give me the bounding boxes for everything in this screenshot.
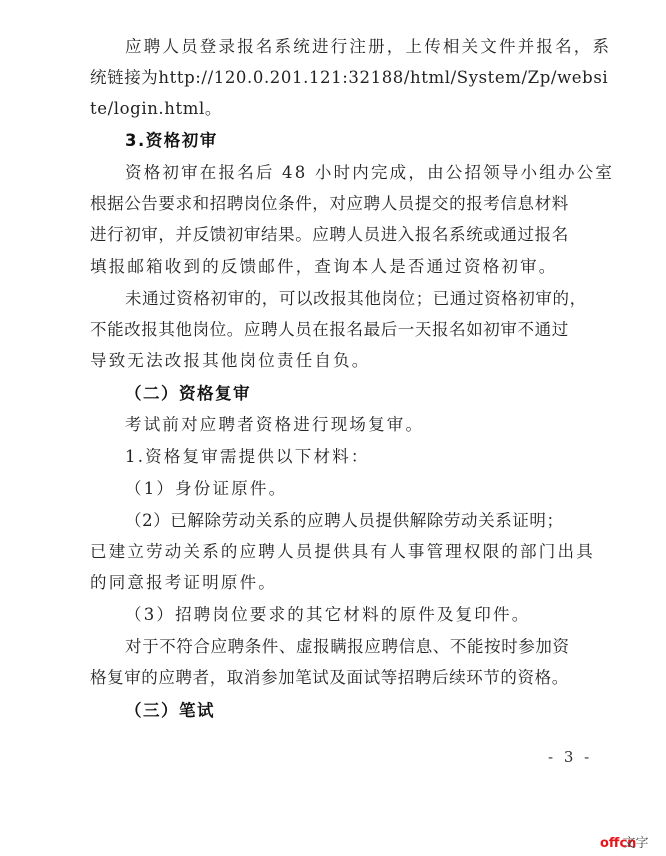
body-line: 统链接为http://120.0.201.121:32188/html/Syst…: [90, 67, 590, 89]
watermark: offcn文字: [600, 832, 648, 851]
document-page: 应聘人员登录报名系统进行注册，上传相关文件并报名，系 统链接为http://12…: [0, 0, 666, 856]
section-heading: 3.资格初审: [125, 130, 625, 152]
body-line: te/login.html。: [90, 98, 590, 120]
body-line: 不能改报其他岗位。应聘人员在报名最后一天报名如初审不通过: [90, 319, 590, 341]
page-number: - 3 -: [548, 748, 592, 766]
body-line: 根据公告要求和招聘岗位条件，对应聘人员提交的报考信息材料: [90, 193, 590, 215]
body-line: 的同意报考证明原件。: [90, 572, 590, 594]
body-line: 格复审的应聘者，取消参加笔试及面试等招聘后续环节的资格。: [90, 667, 590, 689]
body-line: 导致无法改报其他岗位责任自负。: [90, 350, 590, 372]
body-line: 填报邮箱收到的反馈邮件，查询本人是否通过资格初审。: [90, 256, 590, 278]
body-line: 考试前对应聘者资格进行现场复审。: [125, 414, 625, 436]
section-heading: （二）资格复审: [125, 383, 625, 405]
body-line: 未通过资格初审的，可以改报其他岗位；已通过资格初审的，: [125, 288, 625, 310]
body-line: 已建立劳动关系的应聘人员提供具有人事管理权限的部门出具: [90, 541, 590, 563]
body-line: 对于不符合应聘条件、虚报瞒报应聘信息、不能按时参加资: [125, 636, 625, 658]
watermark-suffix: 文字: [622, 836, 648, 851]
body-line: 资格初审在报名后 48 小时内完成，由公招领导小组办公室: [125, 162, 625, 184]
list-item: （1）身份证原件。: [125, 478, 625, 500]
list-item: （3）招聘岗位要求的其它材料的原件及复印件。: [125, 604, 625, 626]
body-line: 应聘人员登录报名系统进行注册，上传相关文件并报名，系: [125, 36, 625, 58]
list-item: （2）已解除劳动关系的应聘人员提供解除劳动关系证明；: [125, 510, 625, 532]
body-line: 1.资格复审需提供以下材料：: [125, 446, 625, 468]
section-heading: （三）笔试: [125, 700, 625, 722]
body-line: 进行初审，并反馈初审结果。应聘人员进入报名系统或通过报名: [90, 224, 590, 246]
